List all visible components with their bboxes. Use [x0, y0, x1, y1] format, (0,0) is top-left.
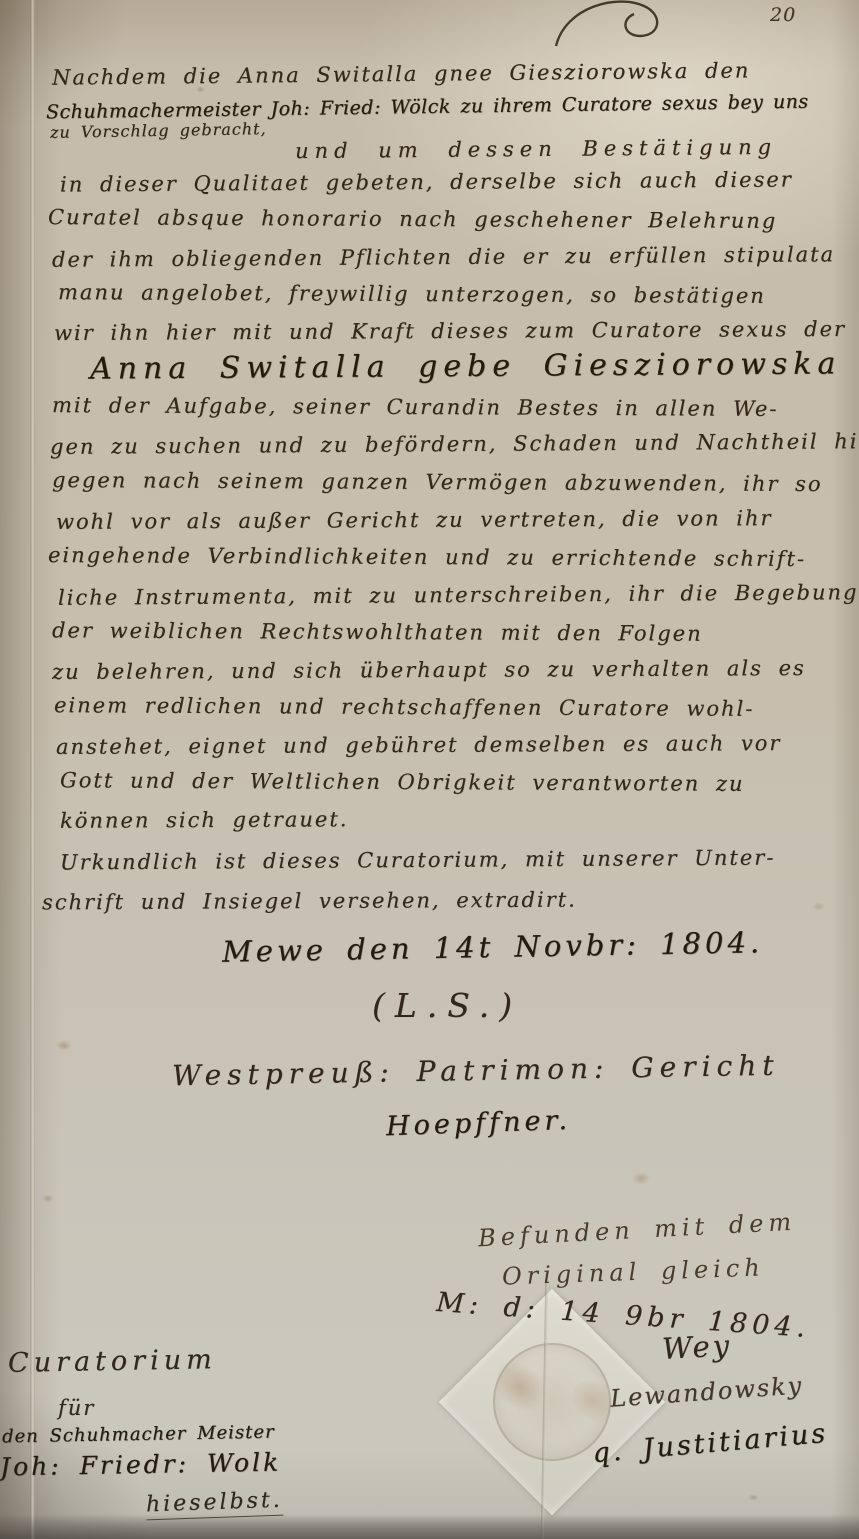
body-line: Gott und der Weltlichen Obrigkeit verant…	[60, 768, 745, 796]
manuscript-page: 20 Nachdem die Anna Switalla gnee Gieszi…	[0, 0, 859, 1539]
certification-line: Befunden mit dem	[477, 1208, 796, 1253]
stain	[42, 1194, 54, 1203]
dateline: Mewe den 14t Novbr: 1804.	[222, 925, 764, 968]
body-line: Schuhmachermeister Joh: Fried: Wölck zu …	[46, 91, 809, 124]
body-line: mit der Aufgabe, seiner Curandin Bestes …	[52, 393, 779, 421]
body-line: wir ihn hier mit und Kraft dieses zum Cu…	[54, 317, 846, 345]
stain	[748, 1494, 759, 1501]
fold-crease-left	[30, 0, 35, 1539]
page-number: 20	[770, 4, 796, 26]
body-line: Urkundlich ist dieses Curatorium, mit un…	[60, 846, 776, 875]
interline-insertion: zu Vorschlag gebracht,	[50, 119, 267, 142]
body-line: liche Instrumenta, mit zu unterschreiben…	[58, 580, 859, 610]
judge-signature: Hoepffner.	[386, 1105, 572, 1142]
body-line: gegen nach seinem ganzen Vermögen abzuwe…	[52, 468, 823, 496]
body-line: zu belehren, und sich überhaupt so zu ve…	[52, 656, 806, 684]
court-signature-line: Westpreuß: Patrimon: Gericht	[172, 1049, 780, 1093]
scan-bottom-edge-shadow	[0, 1515, 859, 1539]
docket-line: für	[58, 1396, 95, 1420]
body-line: Nachdem die Anna Switalla gnee Gieszioro…	[52, 58, 751, 89]
docket-title: Curatorium	[8, 1344, 217, 1379]
name-line: Anna Switalla gebe Giesziorowska	[90, 346, 842, 386]
body-line: schrift und Insiegel versehen, extradirt…	[42, 888, 577, 915]
stain	[56, 1040, 72, 1051]
ink-flourish	[548, 0, 678, 52]
body-line: wohl vor als außer Gericht zu vertreten,…	[56, 506, 773, 534]
stain	[812, 902, 825, 911]
docket-line: den Schuhmacher Meister	[2, 1422, 275, 1448]
seal-note: (L.S.)	[372, 986, 522, 1025]
certifier-paraph: Wey	[661, 1328, 733, 1366]
body-line: und um dessen Bestätigung	[295, 135, 777, 163]
stain	[632, 1172, 650, 1185]
body-line: manu angelobet, freywillig unterzogen, s…	[58, 280, 766, 308]
body-line: gen zu suchen und zu befördern, Schaden …	[50, 429, 859, 459]
body-line: der weiblichen Rechtswohlthaten mit den …	[52, 618, 703, 645]
body-line: anstehet, eignet und gebühret demselben …	[56, 731, 782, 759]
certification-line: M: d: 14 9br 1804.	[435, 1287, 811, 1344]
docket-line: Joh: Friedr: Wolk	[0, 1448, 281, 1482]
certification-line: Original gleich	[502, 1253, 766, 1290]
body-line: der ihm obliegenden Pflichten die er zu …	[52, 242, 835, 271]
body-line: in dieser Qualitaet gebeten, derselbe si…	[60, 167, 793, 196]
body-line: können sich getrauet.	[60, 807, 349, 833]
body-line: eingehende Verbindlichkeiten und zu erri…	[48, 543, 806, 571]
body-line: Curatel absque honorario nach geschehene…	[48, 205, 777, 233]
body-line: einem redlichen und rechtschaffenen Cura…	[54, 693, 754, 721]
